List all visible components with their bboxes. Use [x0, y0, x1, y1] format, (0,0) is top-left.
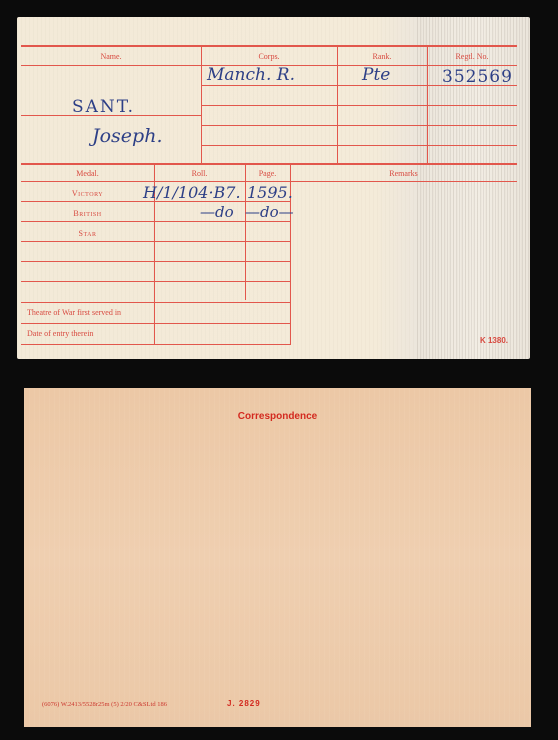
- medal-british: British: [21, 209, 154, 218]
- medal-index-card-front: Name. Corps. Rank. Regtl. No. SANT. Jose…: [17, 17, 530, 359]
- rule-top: [21, 45, 517, 47]
- medal-star: Star: [21, 229, 154, 238]
- remarks-header: Remarks: [290, 169, 517, 178]
- corps-label: Corps.: [201, 52, 337, 61]
- printer-imprint: (6076) W.2413/5528r25m (5) 2/20 C&SLtd 1…: [42, 701, 167, 708]
- form-code-k: K 1380.: [480, 336, 508, 345]
- rank-entry: Pte: [362, 65, 390, 85]
- regt-no-entry: 352569: [442, 67, 513, 87]
- roll-header: Roll.: [154, 169, 245, 178]
- rule-row4: [201, 145, 517, 146]
- date-of-entry-label: Date of entry therein: [27, 329, 93, 338]
- col-divider-corps: [337, 45, 338, 163]
- rank-label: Rank.: [337, 52, 427, 61]
- forename-entry: Joseph.: [92, 125, 163, 147]
- medal-index-card-back: Correspondence (6076) W.2413/5528r25m (5…: [24, 388, 531, 727]
- page-entry-victory: 1595.: [247, 183, 293, 202]
- regt-no-label: Regtl. No.: [427, 52, 517, 61]
- rule-m7: [21, 323, 291, 324]
- rule-m3: [21, 241, 291, 242]
- correspondence-title: Correspondence: [24, 411, 531, 422]
- surname-entry: SANT.: [72, 97, 135, 117]
- col-divider-name: [201, 45, 202, 163]
- col-divider-roll: [245, 163, 246, 300]
- roll-entry-victory: H/1/104·B7.: [143, 183, 241, 202]
- medal-header: Medal.: [21, 169, 154, 178]
- page-header: Page.: [245, 169, 290, 178]
- roll-entry-british: —do: [200, 203, 234, 221]
- rule-m4: [21, 261, 291, 262]
- name-label: Name.: [21, 52, 201, 61]
- rule-m5: [21, 281, 291, 282]
- form-code-j: J. 2829: [227, 699, 261, 708]
- rule-row2: [201, 105, 517, 106]
- rule-row3: [201, 125, 517, 126]
- col-divider-rank: [427, 45, 428, 163]
- rule-m2: [21, 221, 291, 222]
- rule-section: [21, 163, 517, 165]
- rule-medal-header: [21, 181, 517, 182]
- rule-m8: [21, 344, 291, 345]
- rule-m6: [21, 302, 291, 303]
- theatre-of-war-label: Theatre of War first served in: [27, 308, 121, 317]
- corps-entry: Manch. R.: [207, 65, 295, 85]
- medal-victory: Victory: [21, 189, 154, 198]
- page-entry-british: —do—: [245, 203, 294, 221]
